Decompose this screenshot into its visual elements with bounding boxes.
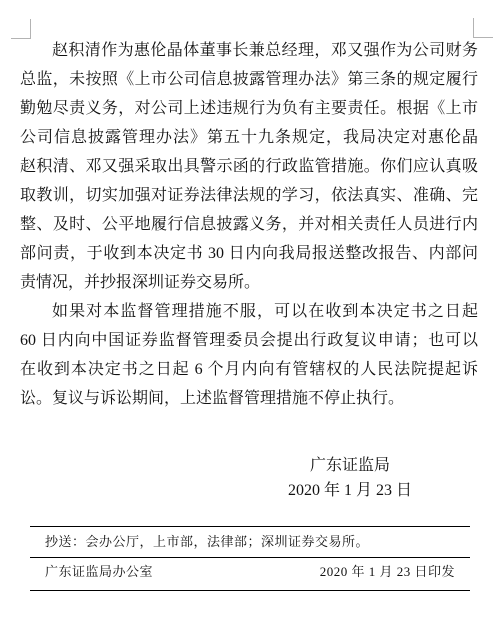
signature-org: 广东证监局 bbox=[250, 453, 450, 478]
body-line: 讼。复议与诉讼期间，上述监督管理措施不停止执行。 bbox=[20, 384, 478, 413]
body-line: 公司信息披露管理办法》第五十九条规定，我局决定对惠伦晶体、 bbox=[20, 123, 478, 152]
body-line: 整、及时、公平地履行信息披露义务，并对相关责任人员进行内 bbox=[20, 210, 478, 239]
body-line: 60 日内向中国证券监督管理委员会提出行政复议申请；也可以 bbox=[20, 326, 478, 355]
document-page: 赵积清作为惠伦晶体董事长兼总经理，邓又强作为公司财务 总监，未按照《上市公司信息… bbox=[0, 0, 500, 644]
document-body: 赵积清作为惠伦晶体董事长兼总经理，邓又强作为公司财务 总监，未按照《上市公司信息… bbox=[20, 36, 478, 413]
signature-date: 2020 年 1 月 23 日 bbox=[250, 478, 450, 503]
crop-mark-top-right bbox=[473, 18, 493, 38]
body-line: 赵积清作为惠伦晶体董事长兼总经理，邓又强作为公司财务 bbox=[20, 36, 478, 65]
issue-row: 广东证监局办公室 2020 年 1 月 23 日印发 bbox=[30, 558, 470, 590]
body-line: 责情况，并抄报深圳证券交易所。 bbox=[20, 268, 478, 297]
body-line: 总监，未按照《上市公司信息披露管理办法》第三条的规定履行 bbox=[20, 65, 478, 94]
issue-date: 2020 年 1 月 23 日印发 bbox=[320, 564, 455, 580]
body-line: 在收到本决定书之日起 6 个月内向有管辖权的人民法院提起诉 bbox=[20, 355, 478, 384]
signature-block: 广东证监局 2020 年 1 月 23 日 bbox=[250, 453, 450, 503]
body-line: 如果对本监督管理措施不服，可以在收到本决定书之日起 bbox=[20, 297, 478, 326]
body-line: 赵积清、邓又强采取出具警示函的行政监管措施。你们应认真吸 bbox=[20, 152, 478, 181]
footer-rule-bottom bbox=[30, 590, 470, 591]
cc-line: 抄送：会办公厅，上市部，法律部；深圳证券交易所。 bbox=[30, 527, 470, 557]
issuing-office: 广东证监局办公室 bbox=[45, 564, 153, 580]
paragraph-2: 如果对本监督管理措施不服，可以在收到本决定书之日起 60 日内向中国证券监督管理… bbox=[20, 297, 478, 413]
document-footer: 抄送：会办公厅，上市部，法律部；深圳证券交易所。 广东证监局办公室 2020 年… bbox=[30, 526, 470, 591]
body-line: 部问责，于收到本决定书 30 日内向我局报送整改报告、内部问 bbox=[20, 239, 478, 268]
body-line: 勤勉尽责义务，对公司上述违规行为负有主要责任。根据《上市 bbox=[20, 94, 478, 123]
body-line: 取教训，切实加强对证券法律法规的学习，依法真实、准确、完 bbox=[20, 181, 478, 210]
paragraph-1: 赵积清作为惠伦晶体董事长兼总经理，邓又强作为公司财务 总监，未按照《上市公司信息… bbox=[20, 36, 478, 297]
